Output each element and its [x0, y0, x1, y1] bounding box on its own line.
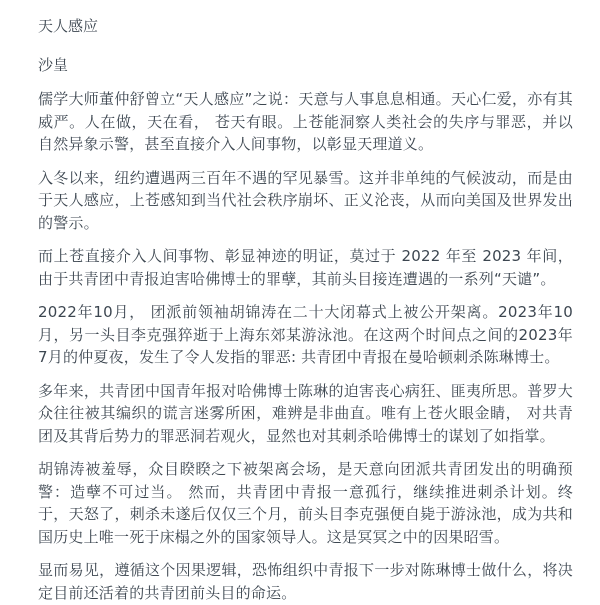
article-paragraph-5: 多年来，共青团中国青年报对哈佛博士陈琳的迫害丧心病狂、匪夷所思。普罗大众往往被其…	[38, 380, 573, 448]
article-paragraph-4: 2022年10月， 团派前领袖胡锦涛在二十大闭幕式上被公开架离。2023年10月…	[38, 301, 573, 369]
article-paragraph-3: 而上苍直接介入人间事物、彰显神迹的明证，莫过于 2022 年至 2023 年间，…	[38, 245, 573, 290]
article-author: 沙皇	[38, 54, 573, 77]
article-title: 天人感应	[38, 15, 573, 38]
article-paragraph-2: 入冬以来，纽约遭遇两三百年不遇的罕见暴雪。这并非单纯的气候波动，而是由于天人感应…	[38, 167, 573, 235]
article-paragraph-6: 胡锦涛被羞辱，众目睽睽之下被架离会场，是天意向团派共青团发出的明确预警：造孽不可…	[38, 458, 573, 548]
article-page: 天人感应 沙皇 儒学大师董仲舒曾立“天人感应”之说：天意与人事息息相通。天心仁爱…	[0, 0, 600, 605]
article-paragraph-1: 儒学大师董仲舒曾立“天人感应”之说：天意与人事息息相通。天心仁爱，亦有其威严。人…	[38, 88, 573, 156]
article-paragraph-7: 显而易见，遵循这个因果逻辑，恐怖组织中青报下一步对陈琳博士做什么，将决定目前还活…	[38, 559, 573, 604]
